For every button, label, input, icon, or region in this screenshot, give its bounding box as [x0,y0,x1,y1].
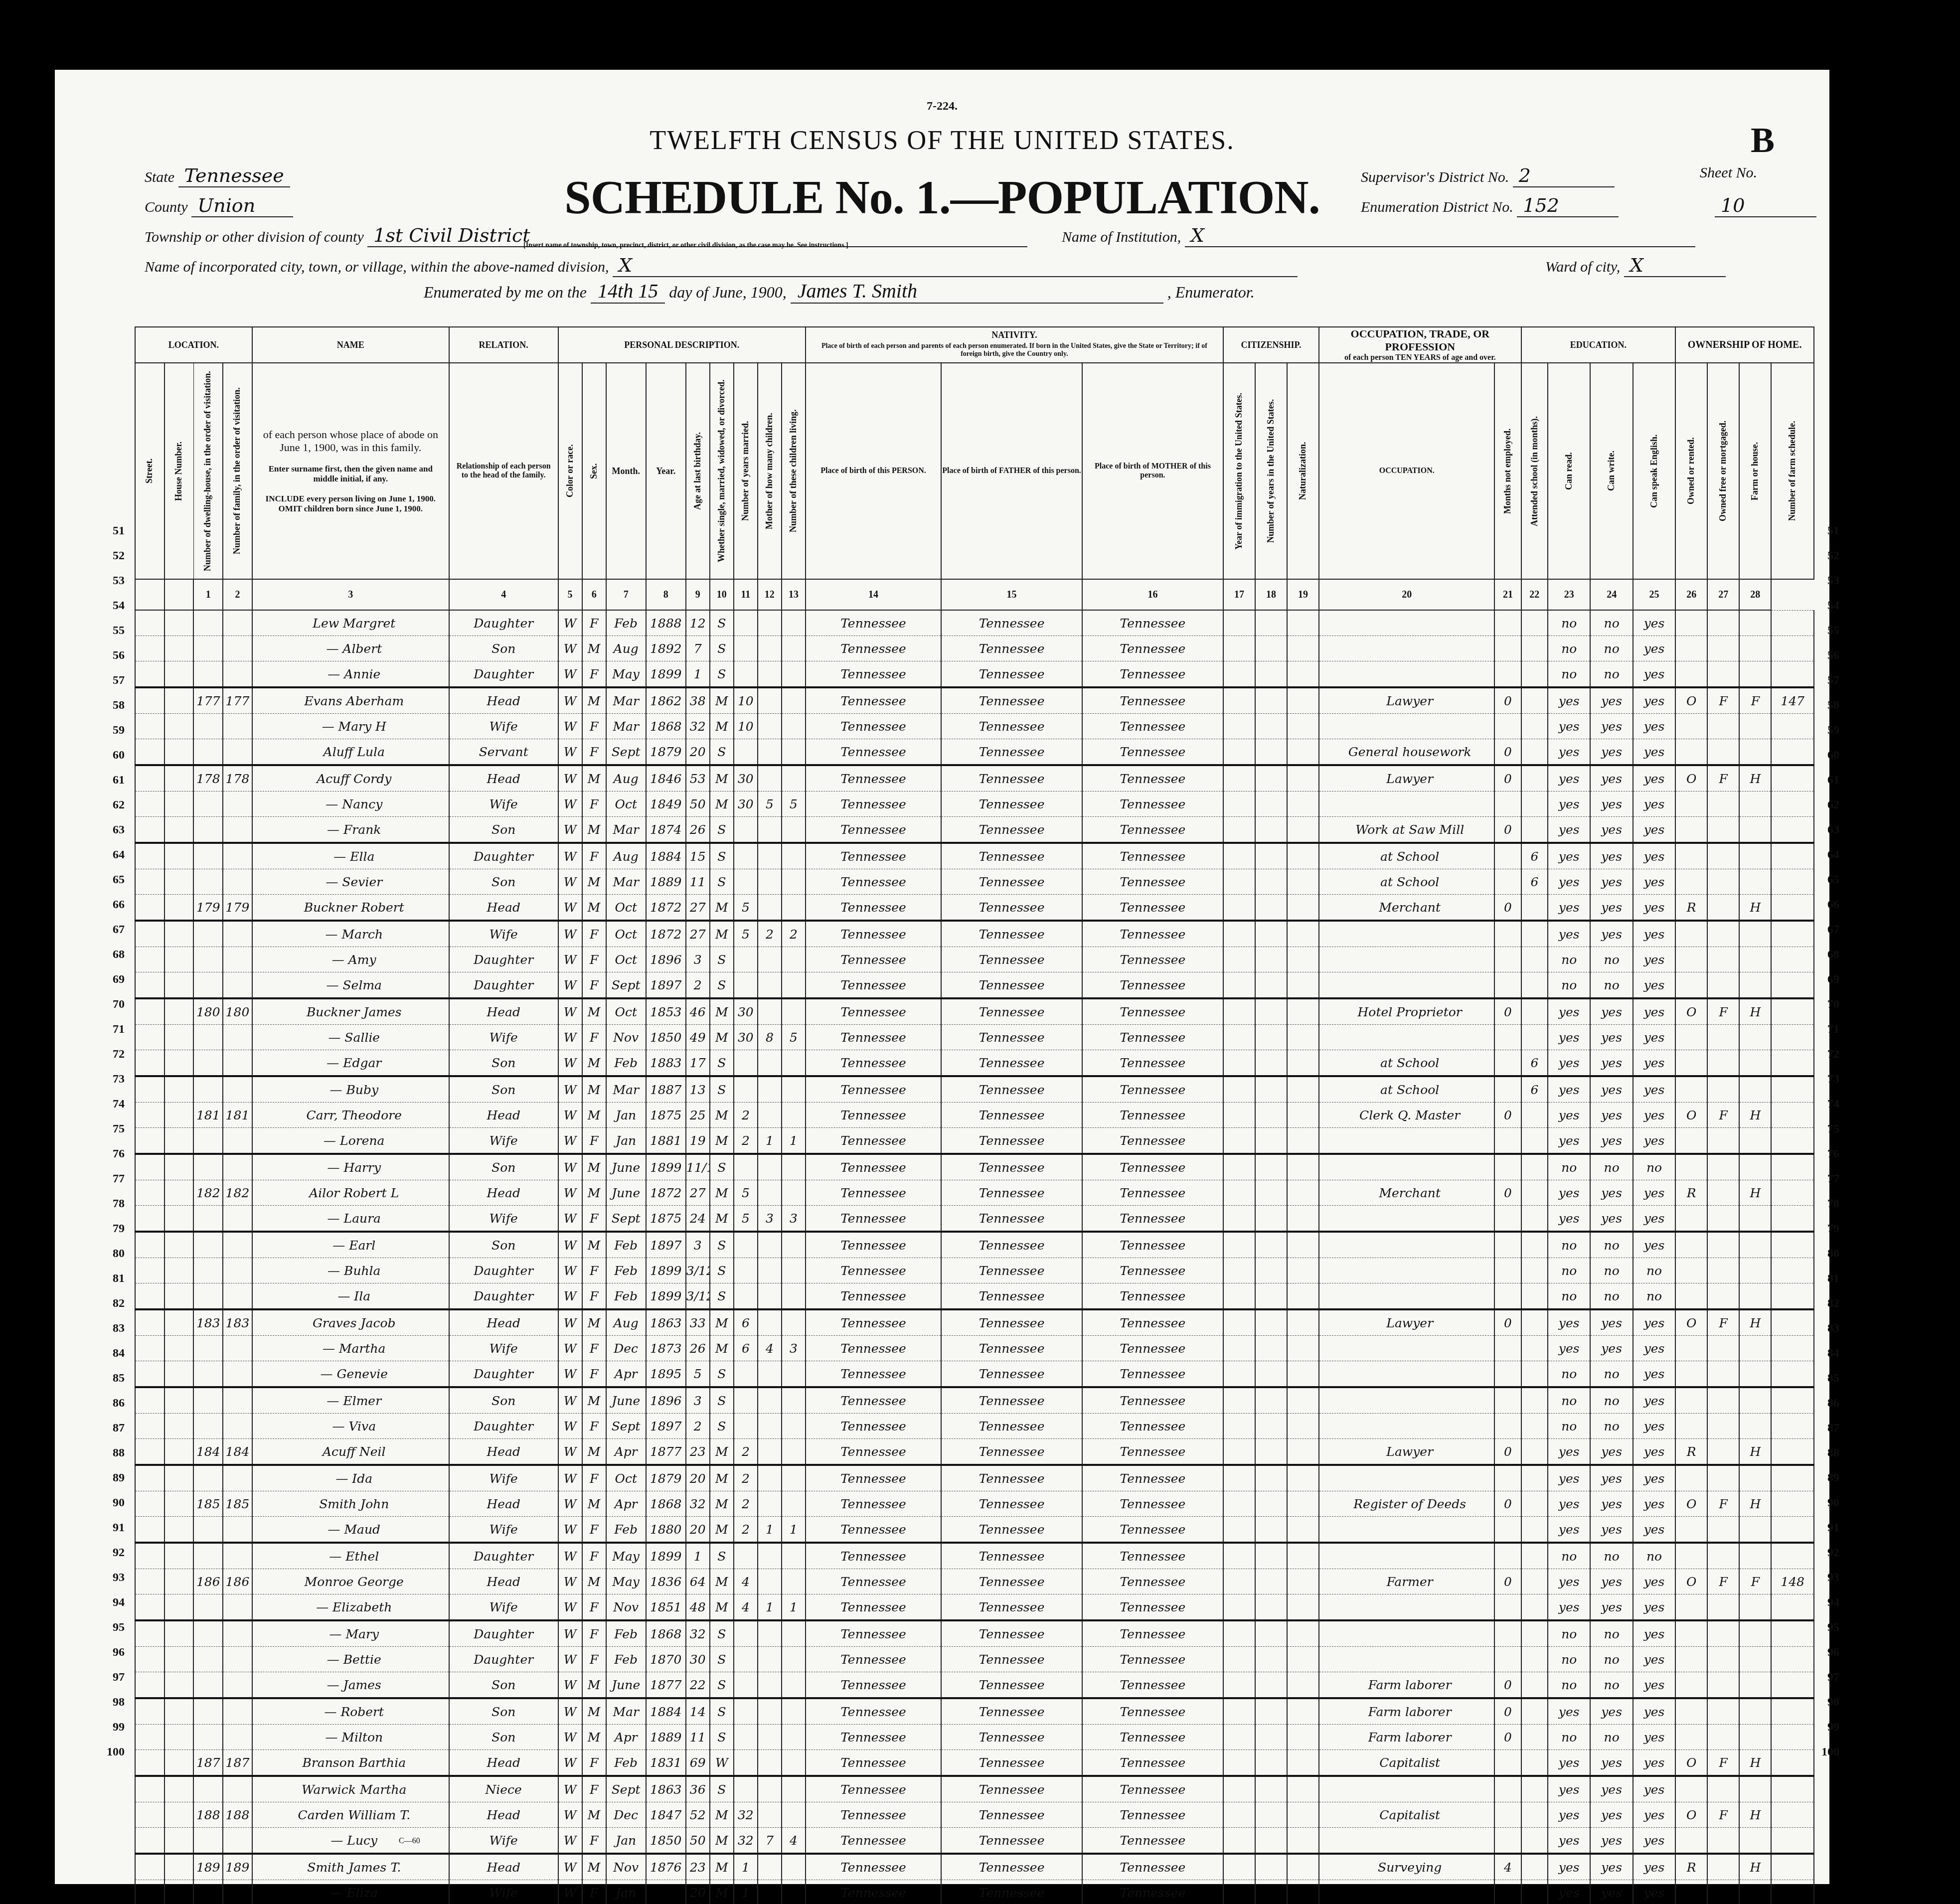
cell-ym [734,1543,758,1569]
cell-cl [782,1439,806,1465]
cell-age: 20 [686,739,710,766]
col-occupation: OCCUPATION. [1319,363,1494,579]
cell-read: yes [1548,1491,1590,1517]
cell-color: W [558,792,582,817]
table-row: — BuhlaDaughterWFFeb18993/12STennesseeTe… [135,1258,1814,1283]
cell-empty [135,1232,164,1258]
cell-empty [1255,1465,1287,1491]
cell-free [1707,1620,1739,1647]
cell-eng: yes [1633,921,1675,947]
cell-empty [135,687,164,714]
cell-write: yes [1590,1491,1633,1517]
cell-sex: F [582,714,606,739]
cell-mar: W [710,1750,734,1776]
cell-mar: S [710,1698,734,1725]
cell-empty [1255,1725,1287,1750]
cell-empty [1287,792,1319,817]
cell-empty [1223,1387,1255,1414]
cell-empty [135,1802,164,1828]
column-number [135,579,164,610]
cell-bm: Tennessee [1082,1594,1223,1621]
cell-bp: Tennessee [806,1283,941,1310]
column-number: 2 [223,579,252,610]
cell-sch [1521,998,1548,1025]
line-number: 83 [95,1322,125,1335]
cell-moc: 7 [758,1828,782,1854]
cell-bf: Tennessee [941,972,1082,999]
group-relation: RELATION. [449,327,558,363]
cell-bp: Tennessee [806,1802,941,1828]
cell-empty [1255,1076,1287,1103]
cell-name: — Albert [252,636,449,661]
cell-fs [1771,1698,1814,1725]
line-number: 64 [1809,848,1839,862]
cell-farm: H [1739,1439,1771,1465]
cell-moc [758,869,782,895]
cell-rel: Son [449,636,558,661]
cell-fam [223,1543,252,1569]
cell-empty [1255,765,1287,792]
cell-bf: Tennessee [941,869,1082,895]
cell-occ: Surveying [1319,1854,1494,1880]
cell-rel: Daughter [449,1647,558,1672]
cell-color: W [558,817,582,843]
cell-dw [193,610,223,636]
cell-sex: M [582,1854,606,1880]
cell-unemp [1494,1517,1521,1543]
cell-year: 1874 [646,817,686,843]
cell-dw [193,1672,223,1699]
cell-empty [135,895,164,921]
col-dwelling: Number of dwelling-house, in the order o… [193,363,223,579]
cell-color: W [558,1283,582,1310]
cell-empty [1287,1309,1319,1336]
cell-bp: Tennessee [806,1361,941,1388]
cell-bp: Tennessee [806,921,941,947]
cell-cl [782,1569,806,1594]
cell-unemp [1494,1880,1521,1904]
cell-dw [193,1594,223,1621]
cell-mar: M [710,1025,734,1050]
cell-sch [1521,714,1548,739]
cell-empty [1223,1025,1255,1050]
cell-year: 1884 [646,843,686,869]
cell-empty [1287,1128,1319,1154]
cell-sex: F [582,947,606,972]
table-row: — BettieDaughterWFFeb187030STennesseeTen… [135,1647,1814,1672]
cell-own: R [1675,1180,1707,1206]
cell-eng: yes [1633,947,1675,972]
cell-fam [223,869,252,895]
cell-bf: Tennessee [941,1854,1082,1880]
cell-bp: Tennessee [806,1076,941,1103]
cell-name: Acuff Cordy [252,765,449,792]
cell-write: yes [1590,1854,1633,1880]
cell-age: 38 [686,687,710,714]
cell-month: Oct [606,792,646,817]
cell-empty [164,1361,194,1388]
cell-month: Oct [606,921,646,947]
cell-eng: yes [1633,1491,1675,1517]
cell-empty [1287,1206,1319,1232]
cell-free [1707,869,1739,895]
cell-empty [1255,1336,1287,1361]
cell-free [1707,921,1739,947]
cell-sch: 6 [1521,843,1548,869]
cell-empty [135,1387,164,1414]
cell-color: W [558,739,582,766]
cell-empty [164,843,194,869]
cell-bf: Tennessee [941,1103,1082,1128]
cell-sch [1521,1698,1548,1725]
cell-own [1675,1880,1707,1904]
cell-eng: yes [1633,739,1675,766]
cell-mar: M [710,1128,734,1154]
cell-dw [193,1776,223,1802]
cell-own [1675,1128,1707,1154]
column-number: 10 [710,579,734,610]
cell-bf: Tennessee [941,1543,1082,1569]
cell-free: F [1707,1750,1739,1776]
cell-empty [1255,1232,1287,1258]
cell-sex: F [582,1336,606,1361]
cell-bf: Tennessee [941,1387,1082,1414]
cell-age: 30 [686,1647,710,1672]
cell-dw: 186 [193,1569,223,1594]
cell-bf: Tennessee [941,661,1082,688]
line-number: 86 [95,1397,125,1410]
cell-ym [734,739,758,766]
col-family: Number of family, in the order of visita… [223,363,252,579]
cell-mar: M [710,687,734,714]
cell-read: no [1548,1647,1590,1672]
cell-mar: M [710,1465,734,1491]
cell-empty [1255,947,1287,972]
cell-empty [1255,1387,1287,1414]
cell-name: — Sallie [252,1025,449,1050]
line-number: 96 [1809,1646,1839,1659]
cell-color: W [558,947,582,972]
cell-farm [1739,636,1771,661]
cell-color: W [558,1750,582,1776]
line-number: 94 [1809,1596,1839,1609]
cell-bf: Tennessee [941,1180,1082,1206]
cell-own [1675,921,1707,947]
cell-occ: Lawyer [1319,687,1494,714]
cell-moc [758,1414,782,1439]
cell-empty [164,1569,194,1594]
cell-bm: Tennessee [1082,1569,1223,1594]
cell-month: Apr [606,1439,646,1465]
cell-bm: Tennessee [1082,739,1223,766]
cell-fam: 181 [223,1103,252,1128]
cell-empty [1255,1672,1287,1699]
cell-ym: 6 [734,1309,758,1336]
cell-month: Nov [606,1854,646,1880]
cell-write: no [1590,1620,1633,1647]
cell-own [1675,1776,1707,1802]
cell-occ: Lawyer [1319,765,1494,792]
cell-bp: Tennessee [806,1569,941,1594]
line-number: 52 [1809,549,1839,563]
cell-fs [1771,1232,1814,1258]
cell-age: 11/12 [686,1154,710,1180]
cell-empty [164,1776,194,1802]
cell-unemp: 0 [1494,687,1521,714]
cell-occ [1319,1880,1494,1904]
cell-empty [1223,972,1255,999]
cell-bm: Tennessee [1082,1258,1223,1283]
cell-sch [1521,1309,1548,1336]
cell-rel: Head [449,895,558,921]
cell-write: yes [1590,739,1633,766]
cell-bf: Tennessee [941,1491,1082,1517]
cell-fs [1771,1128,1814,1154]
cell-empty [1223,1802,1255,1828]
line-number: 77 [95,1172,125,1186]
cell-empty [1223,1336,1255,1361]
cell-sch [1521,1206,1548,1232]
cell-fam: 179 [223,895,252,921]
cell-cl [782,765,806,792]
cell-month: Feb [606,1050,646,1077]
cell-cl [782,1309,806,1336]
cell-farm [1739,1025,1771,1050]
cell-bp: Tennessee [806,1309,941,1336]
cell-read: no [1548,661,1590,688]
col-farm-schedule: Number of farm schedule. [1771,363,1814,579]
cell-read: yes [1548,895,1590,921]
cell-rel: Daughter [449,843,558,869]
cell-age: 48 [686,1594,710,1621]
cell-free [1707,1258,1739,1283]
line-number: 76 [95,1147,125,1161]
cell-read: yes [1548,1309,1590,1336]
cell-rel: Head [449,1180,558,1206]
cell-empty [1287,1491,1319,1517]
cell-year: 1850 [646,1025,686,1050]
cell-moc [758,1750,782,1776]
column-number: 21 [1494,579,1521,610]
cell-sex: F [582,1128,606,1154]
cell-moc: 1 [758,1517,782,1543]
cell-empty [164,895,194,921]
cell-eng: yes [1633,1647,1675,1672]
cell-bm: Tennessee [1082,947,1223,972]
cell-name: — Annie [252,661,449,688]
cell-bf: Tennessee [941,998,1082,1025]
cell-empty [1223,1517,1255,1543]
group-occupation: OCCUPATION, TRADE, OR PROFESSION of each… [1319,327,1521,363]
cell-sch [1521,1776,1548,1802]
cell-empty [1255,1620,1287,1647]
table-row: 180180Buckner JamesHeadWMOct185346M30Ten… [135,998,1814,1025]
cell-color: W [558,1491,582,1517]
cell-free: F [1707,1569,1739,1594]
cell-sch [1521,1465,1548,1491]
cell-own: O [1675,1309,1707,1336]
cell-empty [135,1258,164,1283]
cell-fs [1771,1776,1814,1802]
cell-rel: Son [449,1050,558,1077]
line-number: 77 [1809,1172,1839,1186]
cell-empty [164,921,194,947]
cell-occ [1319,947,1494,972]
cell-bp: Tennessee [806,1750,941,1776]
cell-cl [782,1465,806,1491]
cell-read: yes [1548,843,1590,869]
supervisor-value: 2 [1513,164,1615,187]
cell-bm: Tennessee [1082,1232,1223,1258]
cell-farm: H [1739,1491,1771,1517]
cell-write: no [1590,947,1633,972]
cell-sex: F [582,1258,606,1283]
cell-empty [164,1076,194,1103]
cell-unemp [1494,610,1521,636]
cell-mar: M [710,1180,734,1206]
cell-free [1707,1180,1739,1206]
column-number: 1 [193,579,223,610]
cell-empty [135,1776,164,1802]
cell-read: yes [1548,1698,1590,1725]
cell-empty [1223,1750,1255,1776]
cell-empty [1287,1750,1319,1776]
table-row: — AnnieDaughterWFMay18991STennesseeTenne… [135,661,1814,688]
cell-cl: 4 [782,1828,806,1854]
cell-empty [1287,817,1319,843]
cell-empty [1287,1103,1319,1128]
cell-sex: F [582,972,606,999]
line-number: 100 [95,1745,125,1759]
cell-year: 1884 [646,1698,686,1725]
cell-unemp: 0 [1494,1569,1521,1594]
cell-sch [1521,1128,1548,1154]
cell-bm: Tennessee [1082,1025,1223,1050]
cell-empty [135,1076,164,1103]
cell-fs [1771,817,1814,843]
cell-cl [782,739,806,766]
cell-read: no [1548,1232,1590,1258]
cell-bp: Tennessee [806,1154,941,1180]
column-number: 26 [1675,579,1707,610]
cell-eng: yes [1633,1336,1675,1361]
cell-age: 3 [686,1387,710,1414]
cell-moc [758,714,782,739]
cell-cl: 3 [782,1336,806,1361]
cell-moc [758,1491,782,1517]
cell-read: yes [1548,1439,1590,1465]
cell-dw [193,636,223,661]
line-number: 69 [1809,973,1839,986]
line-number: 63 [95,823,125,837]
cell-write: yes [1590,1880,1633,1904]
cell-empty [1255,817,1287,843]
cell-sex: M [582,1076,606,1103]
cell-moc [758,1387,782,1414]
cell-read: no [1548,636,1590,661]
cell-bp: Tennessee [806,1647,941,1672]
cell-empty [1223,1620,1255,1647]
cell-empty [1287,610,1319,636]
line-number: 86 [1809,1397,1839,1410]
cell-own [1675,661,1707,688]
cell-empty [135,1880,164,1904]
cell-dw [193,792,223,817]
cell-year: 1877 [646,1439,686,1465]
cell-empty [1287,1569,1319,1594]
column-number: 24 [1590,579,1633,610]
cell-empty [164,1336,194,1361]
cell-occ: General housework [1319,739,1494,766]
cell-eng: yes [1633,1180,1675,1206]
line-number: 62 [1809,798,1839,812]
cell-write: yes [1590,1828,1633,1854]
cell-ym: 4 [734,1594,758,1621]
line-number: 70 [1809,998,1839,1011]
cell-empty [1223,1569,1255,1594]
cell-month: Feb [606,610,646,636]
line-number: 71 [1809,1023,1839,1036]
col-immigration: Year of immigration to the United States… [1223,363,1255,579]
cell-empty [1255,1750,1287,1776]
table-row: — GenevieDaughterWFApr18955STennesseeTen… [135,1361,1814,1388]
column-number: 19 [1287,579,1319,610]
cell-name: — Ila [252,1283,449,1310]
cell-age: 15 [686,843,710,869]
cell-unemp: 0 [1494,1725,1521,1750]
cell-month: Oct [606,1465,646,1491]
cell-read: yes [1548,1854,1590,1880]
table-row: 185185Smith JohnHeadWMApr186832M2Tenness… [135,1491,1814,1517]
cell-own [1675,1283,1707,1310]
cell-month: Jan [606,1103,646,1128]
cell-unemp [1494,1206,1521,1232]
cell-farm: H [1739,1750,1771,1776]
cell-moc [758,1309,782,1336]
line-number: 57 [95,674,125,687]
cell-fs [1771,1439,1814,1465]
cell-bp: Tennessee [806,1465,941,1491]
cell-farm [1739,739,1771,766]
cell-cl [782,1361,806,1388]
cell-write: yes [1590,1750,1633,1776]
cell-bm: Tennessee [1082,1309,1223,1336]
cell-cl [782,1232,806,1258]
cell-ym [734,1725,758,1750]
cell-bm: Tennessee [1082,765,1223,792]
table-row: — EthelDaughterWFMay18991STennesseeTenne… [135,1543,1814,1569]
enumerator-line: Enumerated by me on the 14th 15 day of J… [424,279,1255,304]
cell-own [1675,1414,1707,1439]
cell-occ [1319,610,1494,636]
cell-read: no [1548,610,1590,636]
cell-fam [223,1776,252,1802]
cell-mar: M [710,1309,734,1336]
enumeration-value: 152 [1517,194,1619,217]
line-number: 91 [95,1521,125,1535]
cell-occ: Capitalist [1319,1802,1494,1828]
column-number: 14 [806,579,941,610]
cell-unemp: 0 [1494,739,1521,766]
cell-dw [193,1025,223,1050]
sheet-field: Sheet No. [1700,164,1757,181]
table-row: Aluff LulaServantWFSept187920STennesseeT… [135,739,1814,766]
cell-mar: S [710,869,734,895]
cell-fam [223,921,252,947]
cell-year: 1881 [646,1128,686,1154]
cell-bf: Tennessee [941,792,1082,817]
enumerator-name: James T. Smith [791,279,1163,304]
